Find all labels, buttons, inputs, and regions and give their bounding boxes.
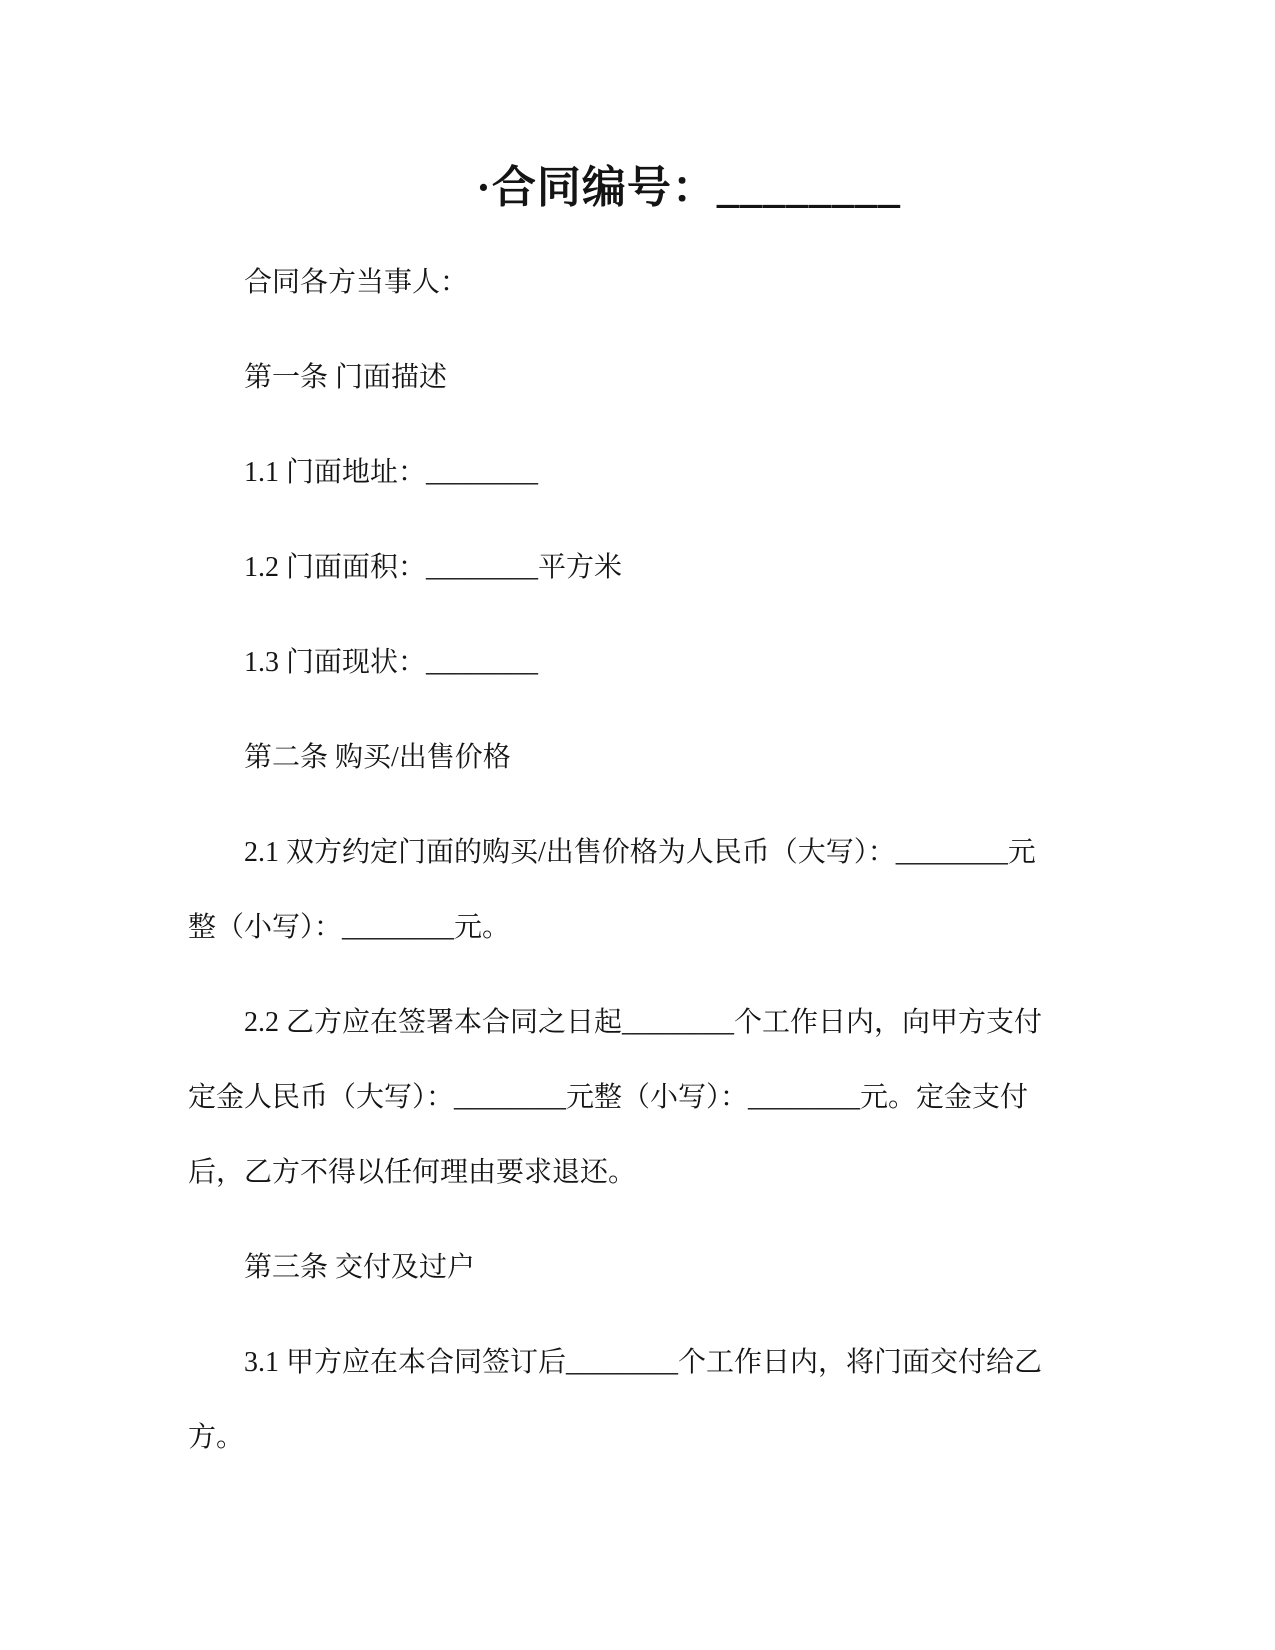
text-line: 3.1 甲方应在本合同签订后________个工作日内，将门面交付给乙	[188, 1325, 1215, 1400]
text-line: 1.3 门面现状：________	[188, 625, 1215, 700]
contract-number-title: ·合同编号：________	[0, 159, 1275, 217]
text-line: 定金人民币（大写）：________元整（小写）：________元。定金支付	[188, 1060, 1215, 1135]
article-1-heading: 第一条 门面描述	[188, 340, 1215, 415]
clause-3-1: 3.1 甲方应在本合同签订后________个工作日内，将门面交付给乙 方。	[188, 1325, 1215, 1475]
clause-2-2: 2.2 乙方应在签署本合同之日起________个工作日内，向甲方支付 定金人民…	[188, 985, 1215, 1210]
article-3-heading: 第三条 交付及过户	[188, 1230, 1215, 1305]
paragraph-parties: 合同各方当事人：	[188, 245, 1215, 320]
text-line: 1.1 门面地址：________	[188, 435, 1215, 510]
clause-2-1: 2.1 双方约定门面的购买/出售价格为人民币（大写）：________元 整（小…	[188, 815, 1215, 965]
text-line: 第二条 购买/出售价格	[188, 720, 1215, 795]
text-line: 1.2 门面面积：________平方米	[188, 530, 1215, 605]
article-2-heading: 第二条 购买/出售价格	[188, 720, 1215, 795]
clause-1-2: 1.2 门面面积：________平方米	[188, 530, 1215, 605]
contract-document-page: ·合同编号：________ 合同各方当事人： 第一条 门面描述 1.1 门面地…	[0, 0, 1275, 1650]
text-line: 整（小写）：________元。	[188, 890, 1215, 965]
text-line: 2.1 双方约定门面的购买/出售价格为人民币（大写）：________元	[188, 815, 1215, 890]
text-line: 后，乙方不得以任何理由要求退还。	[188, 1135, 1215, 1210]
document-body: 合同各方当事人： 第一条 门面描述 1.1 门面地址：________ 1.2 …	[188, 245, 1215, 1475]
clause-1-3: 1.3 门面现状：________	[188, 625, 1215, 700]
text-line: 2.2 乙方应在签署本合同之日起________个工作日内，向甲方支付	[188, 985, 1215, 1060]
text-line: 第三条 交付及过户	[188, 1230, 1215, 1305]
clause-1-1: 1.1 门面地址：________	[188, 435, 1215, 510]
text-line: 方。	[188, 1400, 1215, 1475]
text-line: 合同各方当事人：	[188, 245, 1215, 320]
text-line: 第一条 门面描述	[188, 340, 1215, 415]
